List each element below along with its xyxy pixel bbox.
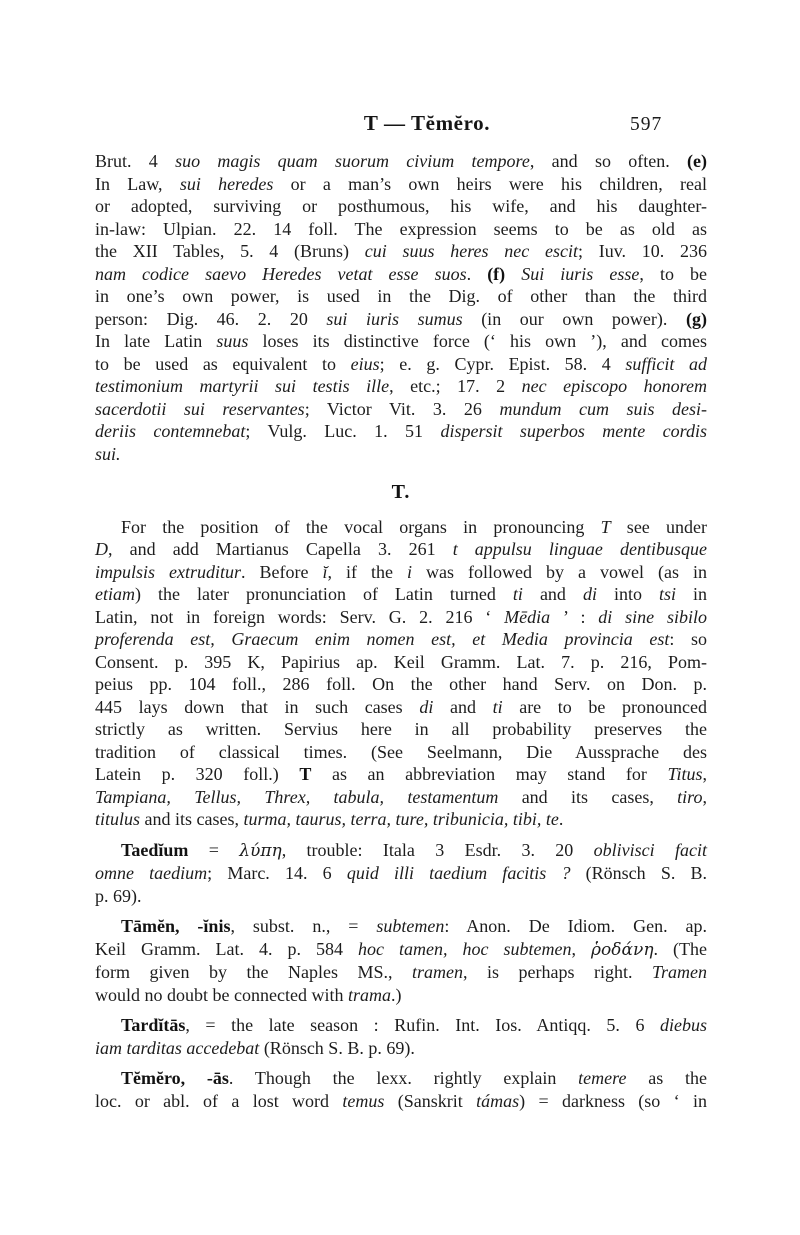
section-heading-t: T. xyxy=(95,481,707,504)
text-line: would no doubt be connected with trama.) xyxy=(95,984,707,1007)
text-line: Consent. p. 395 K, Papirius ap. Keil Gra… xyxy=(95,651,707,674)
text-line: Keil Gramm. Lat. 4. p. 584 hoc tamen, ho… xyxy=(95,938,707,962)
entry-tarditas: Tardĭtās, = the late season : Rufin. Int… xyxy=(95,1014,707,1059)
entry-tamen: Tāmĕn, -ĭnis, subst. n., = subtemen: Ano… xyxy=(95,915,707,1006)
text-line: person: Dig. 46. 2. 20 sui iuris sumus (… xyxy=(95,308,707,331)
text-line: etiam) the later pronunciation of Latin … xyxy=(95,583,707,606)
text-line: Taedĭum = λύπη, trouble: Itala 3 Esdr. 3… xyxy=(95,839,707,863)
text-line: Tampiana, Tellus, Threx, tabula, testame… xyxy=(95,786,707,809)
entry-temero: Tĕmĕro, -ās. Though the lexx. rightly ex… xyxy=(95,1067,707,1112)
text-line: testimonium martyrii sui testis ille, et… xyxy=(95,375,707,398)
running-head: T — Tĕmĕro. xyxy=(95,111,707,136)
text-line: the XII Tables, 5. 4 (Bruns) cui suus he… xyxy=(95,240,707,263)
continued-paragraph-suus: Brut. 4 suo magis quam suorum civium tem… xyxy=(95,150,707,465)
text-line: Tardĭtās, = the late season : Rufin. Int… xyxy=(95,1014,707,1037)
text-line: In late Latin suus loses its distinctive… xyxy=(95,330,707,353)
text-line: to be used as equivalent to eius; e. g. … xyxy=(95,353,707,376)
text-line: proferenda est, Graecum enim nomen est, … xyxy=(95,628,707,651)
text-line: strictly as written. Servius here in all… xyxy=(95,718,707,741)
text-line: D, and add Martianus Capella 3. 261 t ap… xyxy=(95,538,707,561)
text-line: p. 69). xyxy=(95,885,707,908)
text-line: Latin, not in foreign words: Serv. G. 2.… xyxy=(95,606,707,629)
intro-paragraph-t: For the position of the vocal organs in … xyxy=(95,516,707,831)
text-line: or adopted, surviving or posthumous, his… xyxy=(95,195,707,218)
book-page: T — Tĕmĕro. 597 Brut. 4 suo magis quam s… xyxy=(0,0,800,1235)
text-line: in one’s own power, is used in the Dig. … xyxy=(95,285,707,308)
text-line: 445 lays down that in such cases di and … xyxy=(95,696,707,719)
page-body: Brut. 4 suo magis quam suorum civium tem… xyxy=(95,150,707,1112)
text-line: sacerdotii sui reservantes; Victor Vit. … xyxy=(95,398,707,421)
text-line: form given by the Naples MS., tramen, is… xyxy=(95,961,707,984)
text-line: in-law: Ulpian. 22. 14 foll. The express… xyxy=(95,218,707,241)
text-line: Brut. 4 suo magis quam suorum civium tem… xyxy=(95,150,707,173)
text-line: peius pp. 104 foll., 286 foll. On the ot… xyxy=(95,673,707,696)
text-line: nam codice saevo Heredes vetat esse suos… xyxy=(95,263,707,286)
page-number: 597 xyxy=(630,114,662,136)
text-line: Tāmĕn, -ĭnis, subst. n., = subtemen: Ano… xyxy=(95,915,707,938)
text-line: titulus and its cases, turma, taurus, te… xyxy=(95,808,707,831)
text-line: Latein p. 320 foll.) T as an abbreviatio… xyxy=(95,763,707,786)
text-line: omne taedium; Marc. 14. 6 quid illi taed… xyxy=(95,862,707,885)
text-line: iam tarditas accedebat (Rönsch S. B. p. … xyxy=(95,1037,707,1060)
text-line: In Law, sui heredes or a man’s own heirs… xyxy=(95,173,707,196)
text-line: sui. xyxy=(95,443,707,466)
text-line: loc. or abl. of a lost word temus (Sansk… xyxy=(95,1090,707,1113)
entry-taedium: Taedĭum = λύπη, trouble: Itala 3 Esdr. 3… xyxy=(95,839,707,908)
text-line: impulsis extruditur. Before ĭ, if the i … xyxy=(95,561,707,584)
text-line: tradition of classical times. (See Seelm… xyxy=(95,741,707,764)
text-line: For the position of the vocal organs in … xyxy=(95,516,707,539)
text-line: deriis contemnebat; Vulg. Luc. 1. 51 dis… xyxy=(95,420,707,443)
text-line: Tĕmĕro, -ās. Though the lexx. rightly ex… xyxy=(95,1067,707,1090)
